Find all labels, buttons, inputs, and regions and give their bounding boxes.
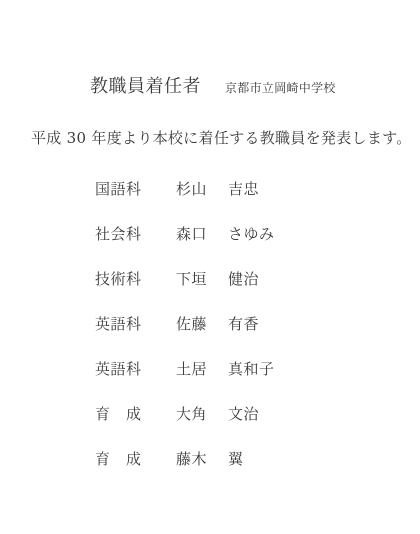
staff-last-name: 土居 (176, 358, 228, 379)
staff-first-name: 健治 (228, 268, 259, 289)
staff-last-name: 森口 (176, 223, 228, 244)
staff-row: 英語科 佐藤 有香 (95, 301, 395, 346)
staff-row: 育 成 藤木 翼 (95, 436, 395, 481)
staff-last-name: 杉山 (176, 178, 228, 199)
staff-first-name: 真和子 (228, 358, 275, 379)
title-row: 教職員着任者 京都市立岡崎中学校 (90, 72, 336, 98)
page-title: 教職員着任者 (90, 72, 201, 98)
staff-first-name: 翼 (228, 448, 244, 469)
staff-last-name: 藤木 (176, 448, 228, 469)
staff-row: 国語科 杉山 吉忠 (95, 166, 395, 211)
staff-first-name: さゆみ (228, 223, 275, 244)
school-name: 京都市立岡崎中学校 (225, 79, 336, 96)
staff-row: 社会科 森口 さゆみ (95, 211, 395, 256)
announcement-document: 教職員着任者 京都市立岡崎中学校 平成 30 年度より本校に着任する教職員を発表… (0, 0, 420, 534)
staff-last-name: 下垣 (176, 268, 228, 289)
staff-first-name: 文治 (228, 403, 259, 424)
staff-list: 国語科 杉山 吉忠 社会科 森口 さゆみ 技術科 下垣 健治 英語科 佐藤 有香… (95, 166, 395, 481)
staff-row: 英語科 土居 真和子 (95, 346, 395, 391)
staff-first-name: 吉忠 (228, 178, 259, 199)
staff-row: 技術科 下垣 健治 (95, 256, 395, 301)
staff-subject: 技術科 (95, 268, 176, 289)
staff-row: 育 成 大角 文治 (95, 391, 395, 436)
staff-subject: 英語科 (95, 358, 176, 379)
staff-first-name: 有香 (228, 313, 259, 334)
staff-subject: 育 成 (95, 448, 176, 469)
intro-text: 平成 30 年度より本校に着任する教職員を発表します。 (31, 127, 412, 148)
staff-last-name: 佐藤 (176, 313, 228, 334)
staff-subject: 英語科 (95, 313, 176, 334)
staff-subject: 育 成 (95, 403, 176, 424)
staff-last-name: 大角 (176, 403, 228, 424)
staff-subject: 社会科 (95, 223, 176, 244)
staff-subject: 国語科 (95, 178, 176, 199)
